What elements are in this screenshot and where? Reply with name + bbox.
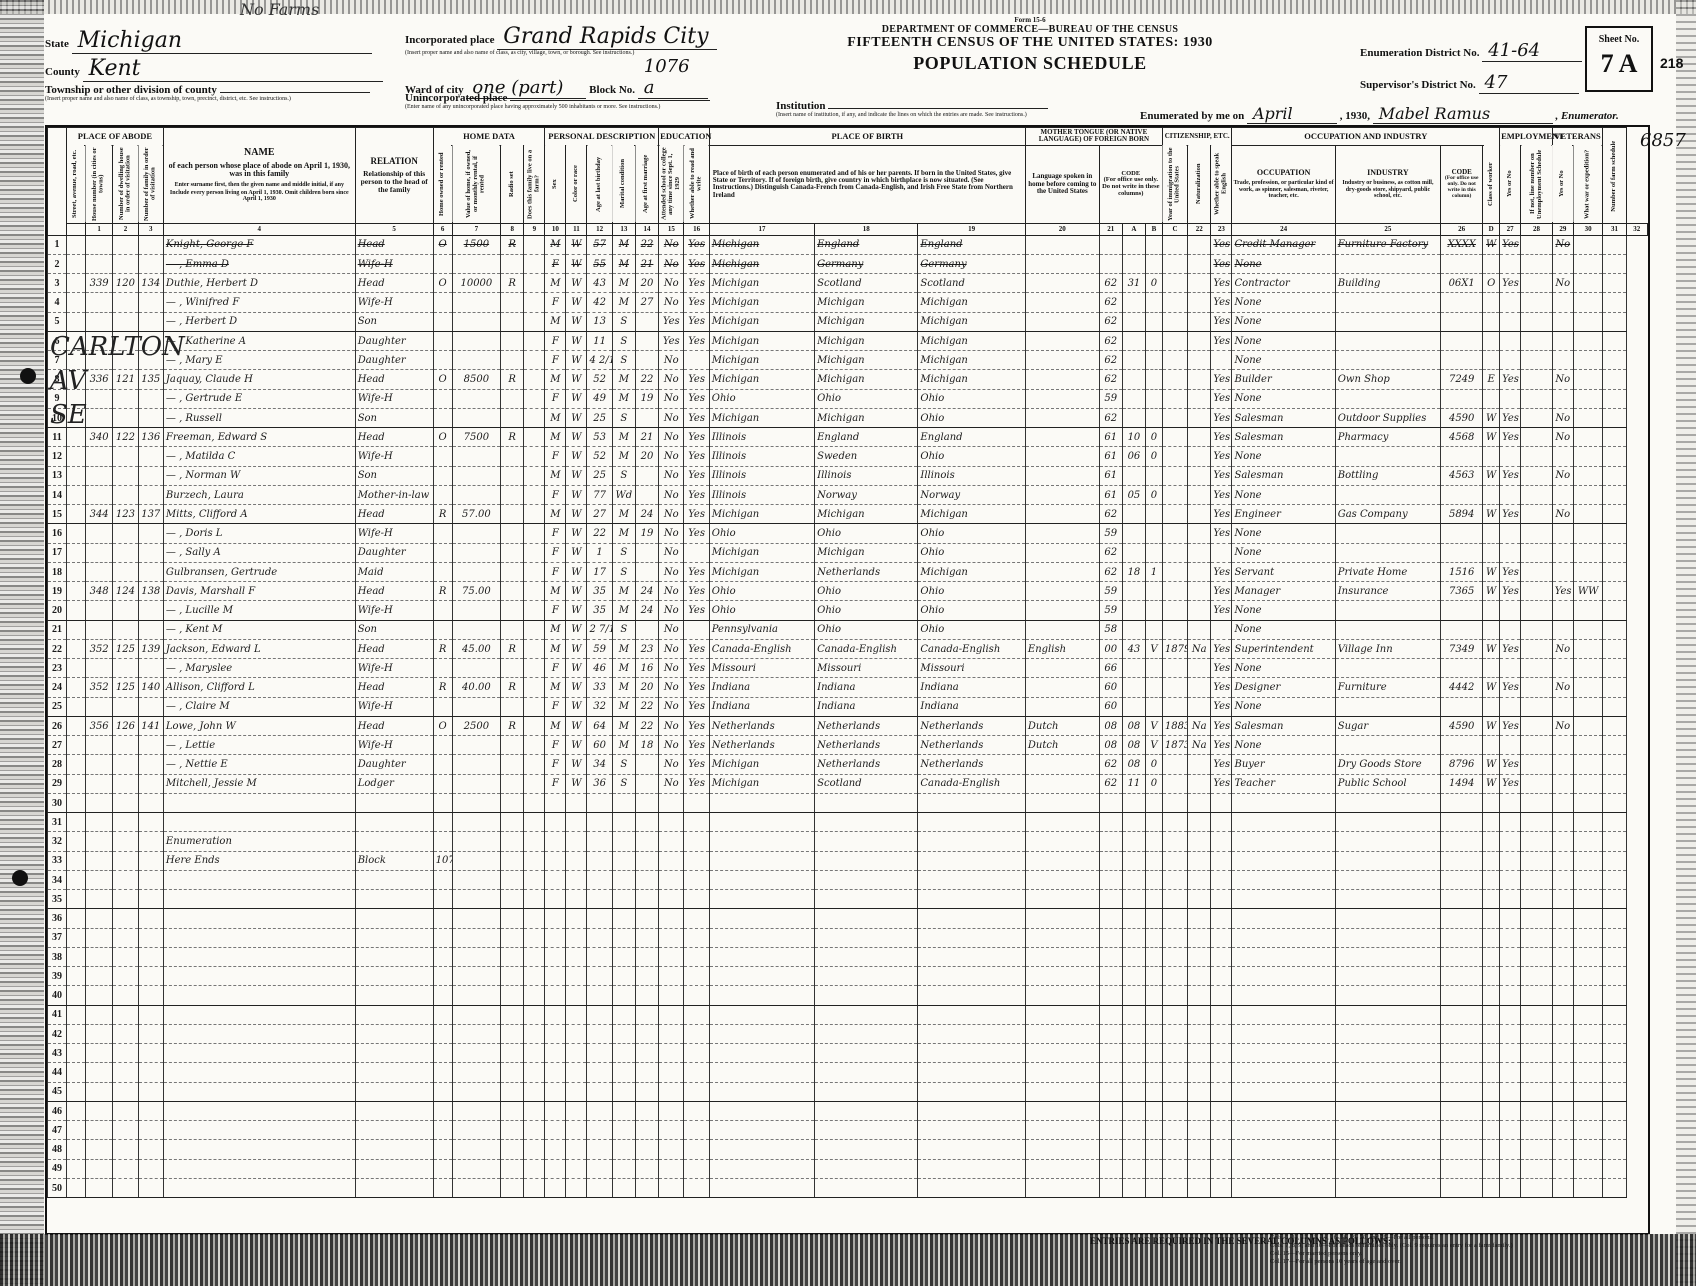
name-cell: Lowe, John W <box>163 716 355 735</box>
farm-cell <box>524 620 545 639</box>
birthplace-cell: Michigan <box>709 774 814 793</box>
home-value-cell <box>452 389 500 408</box>
school-cell: No <box>659 678 684 697</box>
nativity-code-cell: 1 <box>1146 562 1163 581</box>
table-row: 46 <box>48 1101 1648 1120</box>
radio-cell <box>501 620 524 639</box>
speaks-english-cell <box>1211 890 1232 909</box>
name-cell <box>163 1005 355 1024</box>
birthplace-cell: Illinois <box>709 466 814 485</box>
dwelling-number-cell <box>113 543 138 562</box>
occupation-code-cell <box>1441 870 1483 889</box>
school-cell: No <box>659 543 684 562</box>
immigration-year-cell <box>1162 947 1187 966</box>
sex-cell: F <box>545 254 566 273</box>
school-cell <box>659 909 684 928</box>
nativity-code-cell: V <box>1146 639 1163 658</box>
speaks-english-cell: Yes <box>1211 235 1232 254</box>
unemployment-line-cell <box>1521 485 1553 504</box>
sex-cell: M <box>545 312 566 331</box>
line-number: 12 <box>48 447 67 466</box>
radio-cell <box>501 1063 524 1082</box>
name-cell <box>163 813 355 832</box>
war-cell <box>1573 909 1603 928</box>
mother-tongue-cell <box>1025 428 1099 447</box>
farm-schedule-cell <box>1603 601 1626 620</box>
house-number-cell <box>85 1063 112 1082</box>
race-cell <box>566 1082 587 1101</box>
read-write-cell: Yes <box>684 524 709 543</box>
occupation-code-cell <box>1441 389 1483 408</box>
occupation-code-cell: 5894 <box>1441 505 1483 524</box>
speaks-english-cell: Yes <box>1211 254 1232 273</box>
immigration-year-cell <box>1162 832 1187 851</box>
speaks-english-cell <box>1211 870 1232 889</box>
home-value-cell <box>452 851 500 870</box>
sex-cell: M <box>545 428 566 447</box>
table-row: 32Enumeration <box>48 832 1648 851</box>
column-number: 12 <box>587 223 612 235</box>
home-owned-cell <box>433 1140 452 1159</box>
header-english: Whether able to speak English <box>1211 145 1232 223</box>
war-cell <box>1573 620 1603 639</box>
immigration-year-cell <box>1162 254 1187 273</box>
nativity-code-cell: V <box>1146 736 1163 755</box>
immigration-year-cell <box>1162 1159 1187 1178</box>
age-cell <box>587 909 612 928</box>
relation-cell: Daughter <box>355 351 433 370</box>
home-owned-cell <box>433 967 452 986</box>
speaks-english-cell: Yes <box>1211 697 1232 716</box>
ed-label: Enumeration District No. <box>1360 47 1479 59</box>
home-owned-cell: O <box>433 370 452 389</box>
industry-cell <box>1335 543 1440 562</box>
school-cell: No <box>659 408 684 427</box>
state-code-cell: 62 <box>1099 562 1122 581</box>
class-worker-cell: W <box>1483 235 1500 254</box>
dwelling-number-cell <box>113 1159 138 1178</box>
unemployment-line-cell <box>1521 293 1553 312</box>
table-row: 5— , Herbert DSonMW13SYesYesMichiganMich… <box>48 312 1648 331</box>
county-value: Kent <box>83 56 383 82</box>
street-cell <box>66 890 85 909</box>
at-work-cell <box>1500 697 1521 716</box>
age-marriage-cell: 22 <box>635 235 658 254</box>
home-value-cell: 75.00 <box>452 582 500 601</box>
farm-schedule-cell <box>1603 235 1626 254</box>
unemployment-line-cell <box>1521 466 1553 485</box>
war-cell <box>1573 1159 1603 1178</box>
at-work-cell: Yes <box>1500 370 1521 389</box>
farm-schedule-cell <box>1603 428 1626 447</box>
age-cell <box>587 890 612 909</box>
farm-schedule-cell <box>1603 870 1626 889</box>
occupation-cell <box>1232 1005 1335 1024</box>
veteran-cell <box>1552 351 1573 370</box>
home-value-cell: 40.00 <box>452 678 500 697</box>
house-number-cell <box>85 466 112 485</box>
birthplace-cell <box>709 1044 814 1063</box>
relation-cell: Son <box>355 620 433 639</box>
home-owned-cell <box>433 601 452 620</box>
veteran-cell <box>1552 562 1573 581</box>
read-write-cell: Yes <box>684 755 709 774</box>
state-code-cell <box>1099 1005 1122 1024</box>
header-marital: Marital condition <box>612 145 635 223</box>
radio-cell <box>501 331 524 350</box>
mother-tongue-cell <box>1025 890 1099 909</box>
at-work-cell <box>1500 909 1521 928</box>
occupation-code-cell <box>1441 1063 1483 1082</box>
read-write-cell <box>684 543 709 562</box>
age-marriage-cell <box>635 774 658 793</box>
dwelling-number-cell: 124 <box>113 582 138 601</box>
name-cell: Davis, Marshall F <box>163 582 355 601</box>
state-code-cell <box>1099 986 1122 1005</box>
age-marriage-cell: 23 <box>635 639 658 658</box>
farm-cell <box>524 1005 545 1024</box>
name-cell: Enumeration <box>163 832 355 851</box>
birthplace-cell: Michigan <box>709 293 814 312</box>
age-marriage-cell: 21 <box>635 254 658 273</box>
nativity-code-cell <box>1146 1101 1163 1120</box>
age-cell: 11 <box>587 331 612 350</box>
family-number-cell <box>138 909 163 928</box>
table-row: 6— , Katherine ADaughterFW11SYesYesMichi… <box>48 331 1648 350</box>
state-code-cell <box>1099 1063 1122 1082</box>
family-number-cell: 139 <box>138 639 163 658</box>
street-cell <box>66 870 85 889</box>
unemployment-line-cell <box>1521 620 1553 639</box>
father-birthplace-cell: Netherlands <box>815 716 918 735</box>
relation-cell: Head <box>355 505 433 524</box>
at-work-cell: Yes <box>1500 582 1521 601</box>
veteran-cell: No <box>1552 678 1573 697</box>
dwelling-number-cell <box>113 793 138 812</box>
marital-cell: M <box>612 524 635 543</box>
institution-value <box>828 108 1048 109</box>
unemployment-line-cell <box>1521 389 1553 408</box>
footer-note: Cols. 7, 8, 9, and 10—For heads of famil… <box>1270 1242 1630 1250</box>
school-cell: Yes <box>659 312 684 331</box>
occupation-cell: Salesman <box>1232 716 1335 735</box>
home-owned-cell <box>433 1082 452 1101</box>
unemployment-line-cell <box>1521 928 1553 947</box>
speaks-english-cell <box>1211 351 1232 370</box>
header-veterans: VETERANS <box>1552 128 1603 146</box>
unemployment-line-cell <box>1521 562 1553 581</box>
house-number-cell <box>85 620 112 639</box>
sex-cell: F <box>545 736 566 755</box>
race-cell <box>566 1101 587 1120</box>
table-row: 41 <box>48 1005 1648 1024</box>
street-cell <box>66 1101 85 1120</box>
table-row: 39 <box>48 967 1648 986</box>
header-name-hint1: Enter surname first, then the given name… <box>165 182 354 188</box>
radio-cell <box>501 293 524 312</box>
house-number-cell <box>85 909 112 928</box>
family-number-cell <box>138 620 163 639</box>
farm-cell <box>524 774 545 793</box>
nativity-code-cell <box>1146 832 1163 851</box>
age-marriage-cell <box>635 1005 658 1024</box>
farm-schedule-cell <box>1603 832 1626 851</box>
class-worker-cell <box>1483 909 1500 928</box>
naturalization-cell <box>1188 524 1211 543</box>
header-occupation-desc: Trade, profession, or particular kind of… <box>1233 180 1333 199</box>
mother-tongue-cell <box>1025 1140 1099 1159</box>
sex-cell: F <box>545 697 566 716</box>
country-code-cell <box>1122 1121 1145 1140</box>
farm-schedule-cell <box>1603 351 1626 370</box>
farm-cell <box>524 601 545 620</box>
veteran-cell: No <box>1552 408 1573 427</box>
occupation-cell <box>1232 813 1335 832</box>
naturalization-cell <box>1188 909 1211 928</box>
occupation-code-cell <box>1441 1005 1483 1024</box>
name-cell <box>163 947 355 966</box>
veteran-cell <box>1552 755 1573 774</box>
country-code-cell: 43 <box>1122 639 1145 658</box>
industry-cell: Public School <box>1335 774 1440 793</box>
naturalization-cell <box>1188 659 1211 678</box>
farm-schedule-cell <box>1603 813 1626 832</box>
at-work-cell <box>1500 986 1521 1005</box>
table-row: 36 <box>48 909 1648 928</box>
name-cell: Jaquay, Claude H <box>163 370 355 389</box>
nativity-code-cell <box>1146 235 1163 254</box>
birthplace-cell: Illinois <box>709 428 814 447</box>
home-value-cell <box>452 1178 500 1197</box>
dwelling-number-cell <box>113 697 138 716</box>
sex-cell <box>545 967 566 986</box>
table-row: 29Mitchell, Jessie MLodgerFW36SNoYesMich… <box>48 774 1648 793</box>
mother-tongue-cell <box>1025 659 1099 678</box>
speaks-english-cell: Yes <box>1211 389 1232 408</box>
census-page: No Farms State Michigan County Kent Town… <box>0 0 1696 1286</box>
occupation-cell: Designer <box>1232 678 1335 697</box>
country-code-cell: 08 <box>1122 716 1145 735</box>
relation-cell: Wife-H <box>355 389 433 408</box>
country-code-cell <box>1122 254 1145 273</box>
header-occ-code: CODE (For office use only. Do not write … <box>1441 145 1483 223</box>
header-owned: Home owned or rented <box>433 145 452 223</box>
war-cell <box>1573 274 1603 293</box>
incorporated-label: Incorporated place <box>405 34 495 46</box>
speaks-english-cell: Yes <box>1211 562 1232 581</box>
naturalization-cell <box>1188 774 1211 793</box>
war-cell <box>1573 466 1603 485</box>
father-birthplace-cell: Germany <box>815 254 918 273</box>
table-row: 50 <box>48 1178 1648 1197</box>
at-work-cell <box>1500 947 1521 966</box>
enumerated-year: , 1930, <box>1340 110 1370 122</box>
naturalization-cell <box>1188 466 1211 485</box>
marital-cell: M <box>612 659 635 678</box>
occupation-cell <box>1232 851 1335 870</box>
naturalization-cell <box>1188 1140 1211 1159</box>
race-cell <box>566 890 587 909</box>
speaks-english-cell: Yes <box>1211 774 1232 793</box>
war-cell <box>1573 562 1603 581</box>
farm-schedule-cell <box>1603 505 1626 524</box>
relation-cell <box>355 967 433 986</box>
father-birthplace-cell: Ohio <box>815 389 918 408</box>
father-birthplace-cell: England <box>815 428 918 447</box>
home-owned-cell: R <box>433 678 452 697</box>
unemployment-line-cell <box>1521 582 1553 601</box>
family-number-cell <box>138 928 163 947</box>
industry-cell <box>1335 659 1440 678</box>
mother-birthplace-cell <box>918 1082 1026 1101</box>
age-cell: 64 <box>587 716 612 735</box>
read-write-cell: Yes <box>684 582 709 601</box>
relation-cell: Wife-H <box>355 254 433 273</box>
at-work-cell: Yes <box>1500 678 1521 697</box>
mother-tongue-cell <box>1025 235 1099 254</box>
home-value-cell <box>452 697 500 716</box>
industry-cell <box>1335 697 1440 716</box>
relation-cell <box>355 947 433 966</box>
speaks-english-cell: Yes <box>1211 485 1232 504</box>
table-row: 45 <box>48 1082 1648 1101</box>
home-value-cell <box>452 466 500 485</box>
birthplace-cell <box>709 813 814 832</box>
line-number: 26 <box>48 716 67 735</box>
column-number: 5 <box>355 223 433 235</box>
relation-cell: Maid <box>355 562 433 581</box>
farm-cell <box>524 1159 545 1178</box>
age-marriage-cell <box>635 986 658 1005</box>
occupation-cell: Salesman <box>1232 428 1335 447</box>
country-code-cell <box>1122 524 1145 543</box>
class-worker-cell <box>1483 1024 1500 1043</box>
home-value-cell <box>452 1140 500 1159</box>
school-cell: No <box>659 620 684 639</box>
country-code-cell <box>1122 909 1145 928</box>
enumerated-field: Enumerated by me on April , 1930, Mabel … <box>1140 104 1619 124</box>
immigration-year-cell <box>1162 1178 1187 1197</box>
immigration-year-cell <box>1162 466 1187 485</box>
radio-cell <box>501 1178 524 1197</box>
unemployment-line-cell <box>1521 1005 1553 1024</box>
country-code-cell <box>1122 1024 1145 1043</box>
table-row: 16— , Doris LWife-HFW22M19NoYesOhioOhioO… <box>48 524 1648 543</box>
state-code-cell: 61 <box>1099 428 1122 447</box>
home-value-cell <box>452 1159 500 1178</box>
state-code-cell <box>1099 832 1122 851</box>
home-owned-cell <box>433 697 452 716</box>
father-birthplace-cell <box>815 1159 918 1178</box>
home-owned-cell: O <box>433 274 452 293</box>
house-number-cell <box>85 774 112 793</box>
home-value-cell <box>452 620 500 639</box>
race-cell: W <box>566 254 587 273</box>
veteran-cell <box>1552 967 1573 986</box>
father-birthplace-cell <box>815 1024 918 1043</box>
occupation-code-cell: XXXX <box>1441 235 1483 254</box>
family-number-cell <box>138 774 163 793</box>
family-number-cell <box>138 1063 163 1082</box>
mother-tongue-cell <box>1025 1024 1099 1043</box>
age-marriage-cell <box>635 813 658 832</box>
home-owned-cell <box>433 408 452 427</box>
race-cell <box>566 1063 587 1082</box>
race-cell: W <box>566 659 587 678</box>
dwelling-number-cell <box>113 1101 138 1120</box>
industry-cell: Sugar <box>1335 716 1440 735</box>
veteran-cell <box>1552 1082 1573 1101</box>
school-cell <box>659 1121 684 1140</box>
mother-tongue-cell <box>1025 370 1099 389</box>
house-number-cell: 352 <box>85 678 112 697</box>
marital-cell <box>612 1005 635 1024</box>
unemployment-line-cell <box>1521 716 1553 735</box>
marital-cell <box>612 947 635 966</box>
read-write-cell: Yes <box>684 639 709 658</box>
marital-cell <box>612 928 635 947</box>
column-number: 15 <box>659 223 684 235</box>
occupation-cell: None <box>1232 524 1335 543</box>
school-cell: No <box>659 774 684 793</box>
age-cell: 35 <box>587 582 612 601</box>
farm-cell <box>524 832 545 851</box>
at-work-cell <box>1500 1044 1521 1063</box>
table-row: 31 <box>48 813 1648 832</box>
header-name-hint2: Include every person living on April 1, … <box>165 190 354 203</box>
naturalization-cell <box>1188 408 1211 427</box>
father-birthplace-cell: Michigan <box>815 293 918 312</box>
home-value-cell <box>452 1101 500 1120</box>
immigration-year-cell <box>1162 331 1187 350</box>
age-cell: 53 <box>587 428 612 447</box>
industry-cell <box>1335 890 1440 909</box>
veteran-cell <box>1552 1063 1573 1082</box>
industry-cell: Outdoor Supplies <box>1335 408 1440 427</box>
state-code-cell <box>1099 1178 1122 1197</box>
home-owned-cell <box>433 832 452 851</box>
farm-cell <box>524 639 545 658</box>
country-code-cell <box>1122 659 1145 678</box>
state-code-cell: 59 <box>1099 389 1122 408</box>
mother-birthplace-cell: Ohio <box>918 543 1026 562</box>
family-number-cell: 138 <box>138 582 163 601</box>
race-cell <box>566 832 587 851</box>
birthplace-cell: Michigan <box>709 408 814 427</box>
at-work-cell <box>1500 1121 1521 1140</box>
birthplace-cell: Michigan <box>709 312 814 331</box>
table-row: 4— , Winifred FWife-HFW42M27NoYesMichiga… <box>48 293 1648 312</box>
radio-cell <box>501 1005 524 1024</box>
header-race: Color or race <box>566 145 587 223</box>
race-cell: W <box>566 601 587 620</box>
column-number: A <box>1122 223 1145 235</box>
name-cell <box>163 1063 355 1082</box>
veteran-cell <box>1552 832 1573 851</box>
war-cell <box>1573 1082 1603 1101</box>
column-number: 14 <box>635 223 658 235</box>
occupation-code-cell <box>1441 697 1483 716</box>
header-veterans-title: VETERANS <box>1554 132 1602 141</box>
immigration-year-cell <box>1162 351 1187 370</box>
age-cell <box>587 1159 612 1178</box>
name-cell: Jackson, Edward L <box>163 639 355 658</box>
line-number: 45 <box>48 1082 67 1101</box>
birthplace-cell <box>709 1159 814 1178</box>
radio-cell: R <box>501 370 524 389</box>
naturalization-cell <box>1188 1063 1211 1082</box>
column-number: 22 <box>1188 223 1211 235</box>
